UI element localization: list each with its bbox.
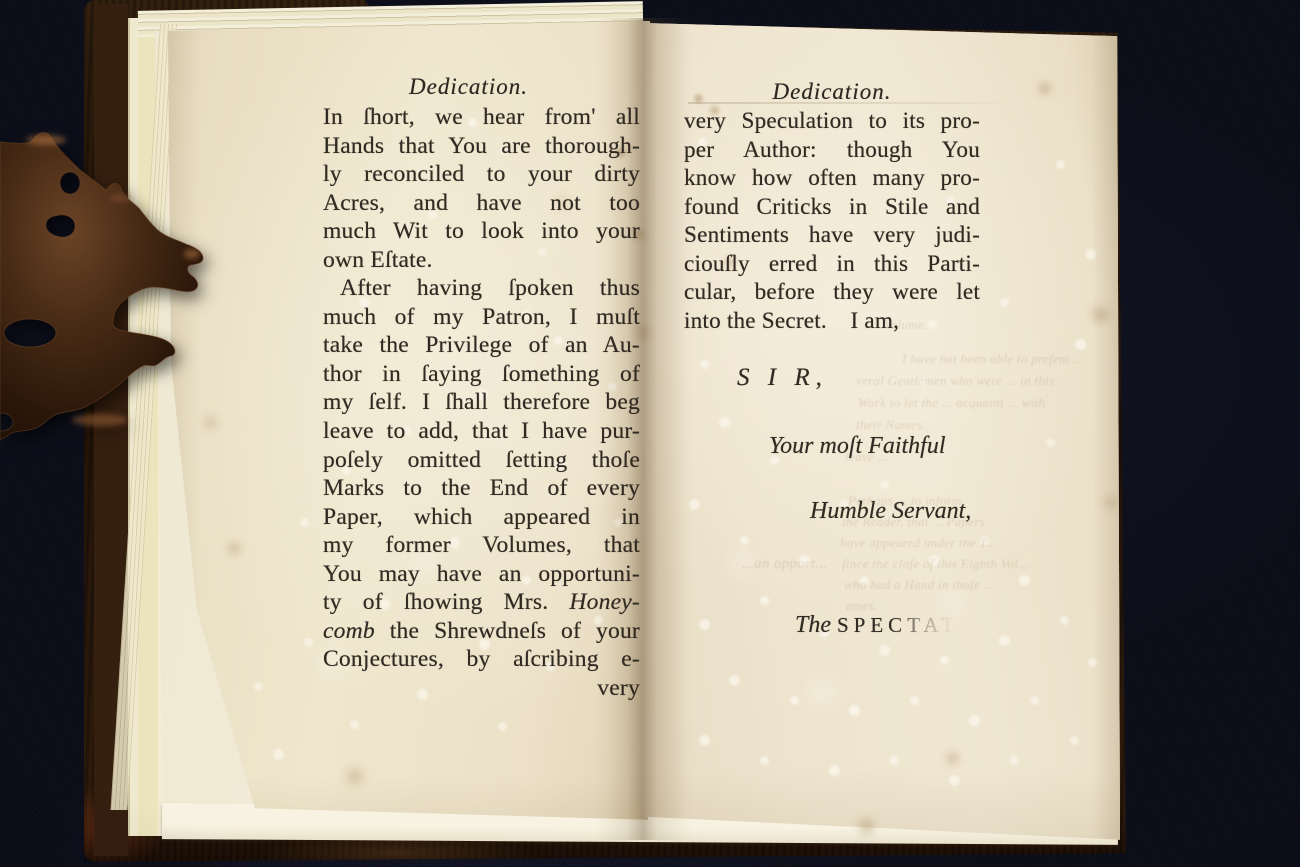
text-line: leave to add, that I have pur- [323, 417, 640, 446]
text-line: very Speculation to its pro- [684, 107, 980, 136]
stains-right [0, 0, 5, 5]
text-line: After having ſpoken thus [323, 274, 640, 303]
text-line: Paper, which appeared in [323, 503, 640, 532]
text-line: Marks to the End of every [323, 474, 640, 503]
left-page-heading: Dedication. [310, 74, 627, 100]
text-line: comb the Shrewdneſs of your [323, 617, 640, 646]
text-line: Hands that You are thorough- [323, 132, 640, 161]
salutation: S I R, [737, 364, 828, 392]
text-line: per Author: though You [684, 136, 980, 165]
text-line: found Criticks in Stile and [684, 193, 980, 222]
text-line: very [323, 674, 640, 703]
text-line: take the Privilege of an Au- [323, 331, 640, 360]
text-line: my ſelf. I ſhall therefore beg [323, 388, 640, 417]
text-line: cular, before they were let [684, 278, 980, 307]
text-line: ciouſly erred in this Parti- [684, 250, 980, 279]
text-line: much Wit to look into your [323, 217, 640, 246]
left-page-text: In ſhort, we hear from' allHands that Yo… [323, 103, 640, 702]
text-line: thor in ſaying ſomething of [323, 360, 640, 389]
text-line: In ſhort, we hear from' all [323, 103, 640, 132]
text-line: much of my Patron, I muſt [323, 303, 640, 332]
open-antique-book-photo: Volume.I have not been able to preſent .… [0, 0, 1300, 867]
text-line: know how often many pro- [684, 164, 980, 193]
closing-line-faithful: Your moſt Faithful [769, 433, 945, 460]
signature-spectator: The SPECTAT [795, 612, 959, 639]
text-line: Sentiments have very judi- [684, 221, 980, 250]
closing-line-servant: Humble Servant, [810, 498, 971, 525]
text-line: poſely omitted ſetting thoſe [323, 446, 640, 475]
text-line: into the Secret. I am, [684, 307, 980, 336]
right-page-text: very Speculation to its pro-per Author: … [684, 107, 980, 335]
text-line: my former Volumes, that [323, 531, 640, 560]
signature-the: The [795, 612, 837, 638]
text-line: You may have an opportuni- [323, 560, 640, 589]
text-line: Conjectures, by aſcribing e- [323, 645, 640, 674]
metal-clasp-icon [0, 128, 212, 458]
text-line: own Eſtate. [323, 246, 640, 275]
text-line: ly reconciled to your dirty [323, 160, 640, 189]
text-line: ty of ſhowing Mrs. Honey- [323, 588, 640, 617]
text-line: Acres, and have not too [323, 189, 640, 218]
signature-name: SPECTAT [837, 613, 959, 637]
right-page-heading: Dedication. [684, 79, 980, 105]
